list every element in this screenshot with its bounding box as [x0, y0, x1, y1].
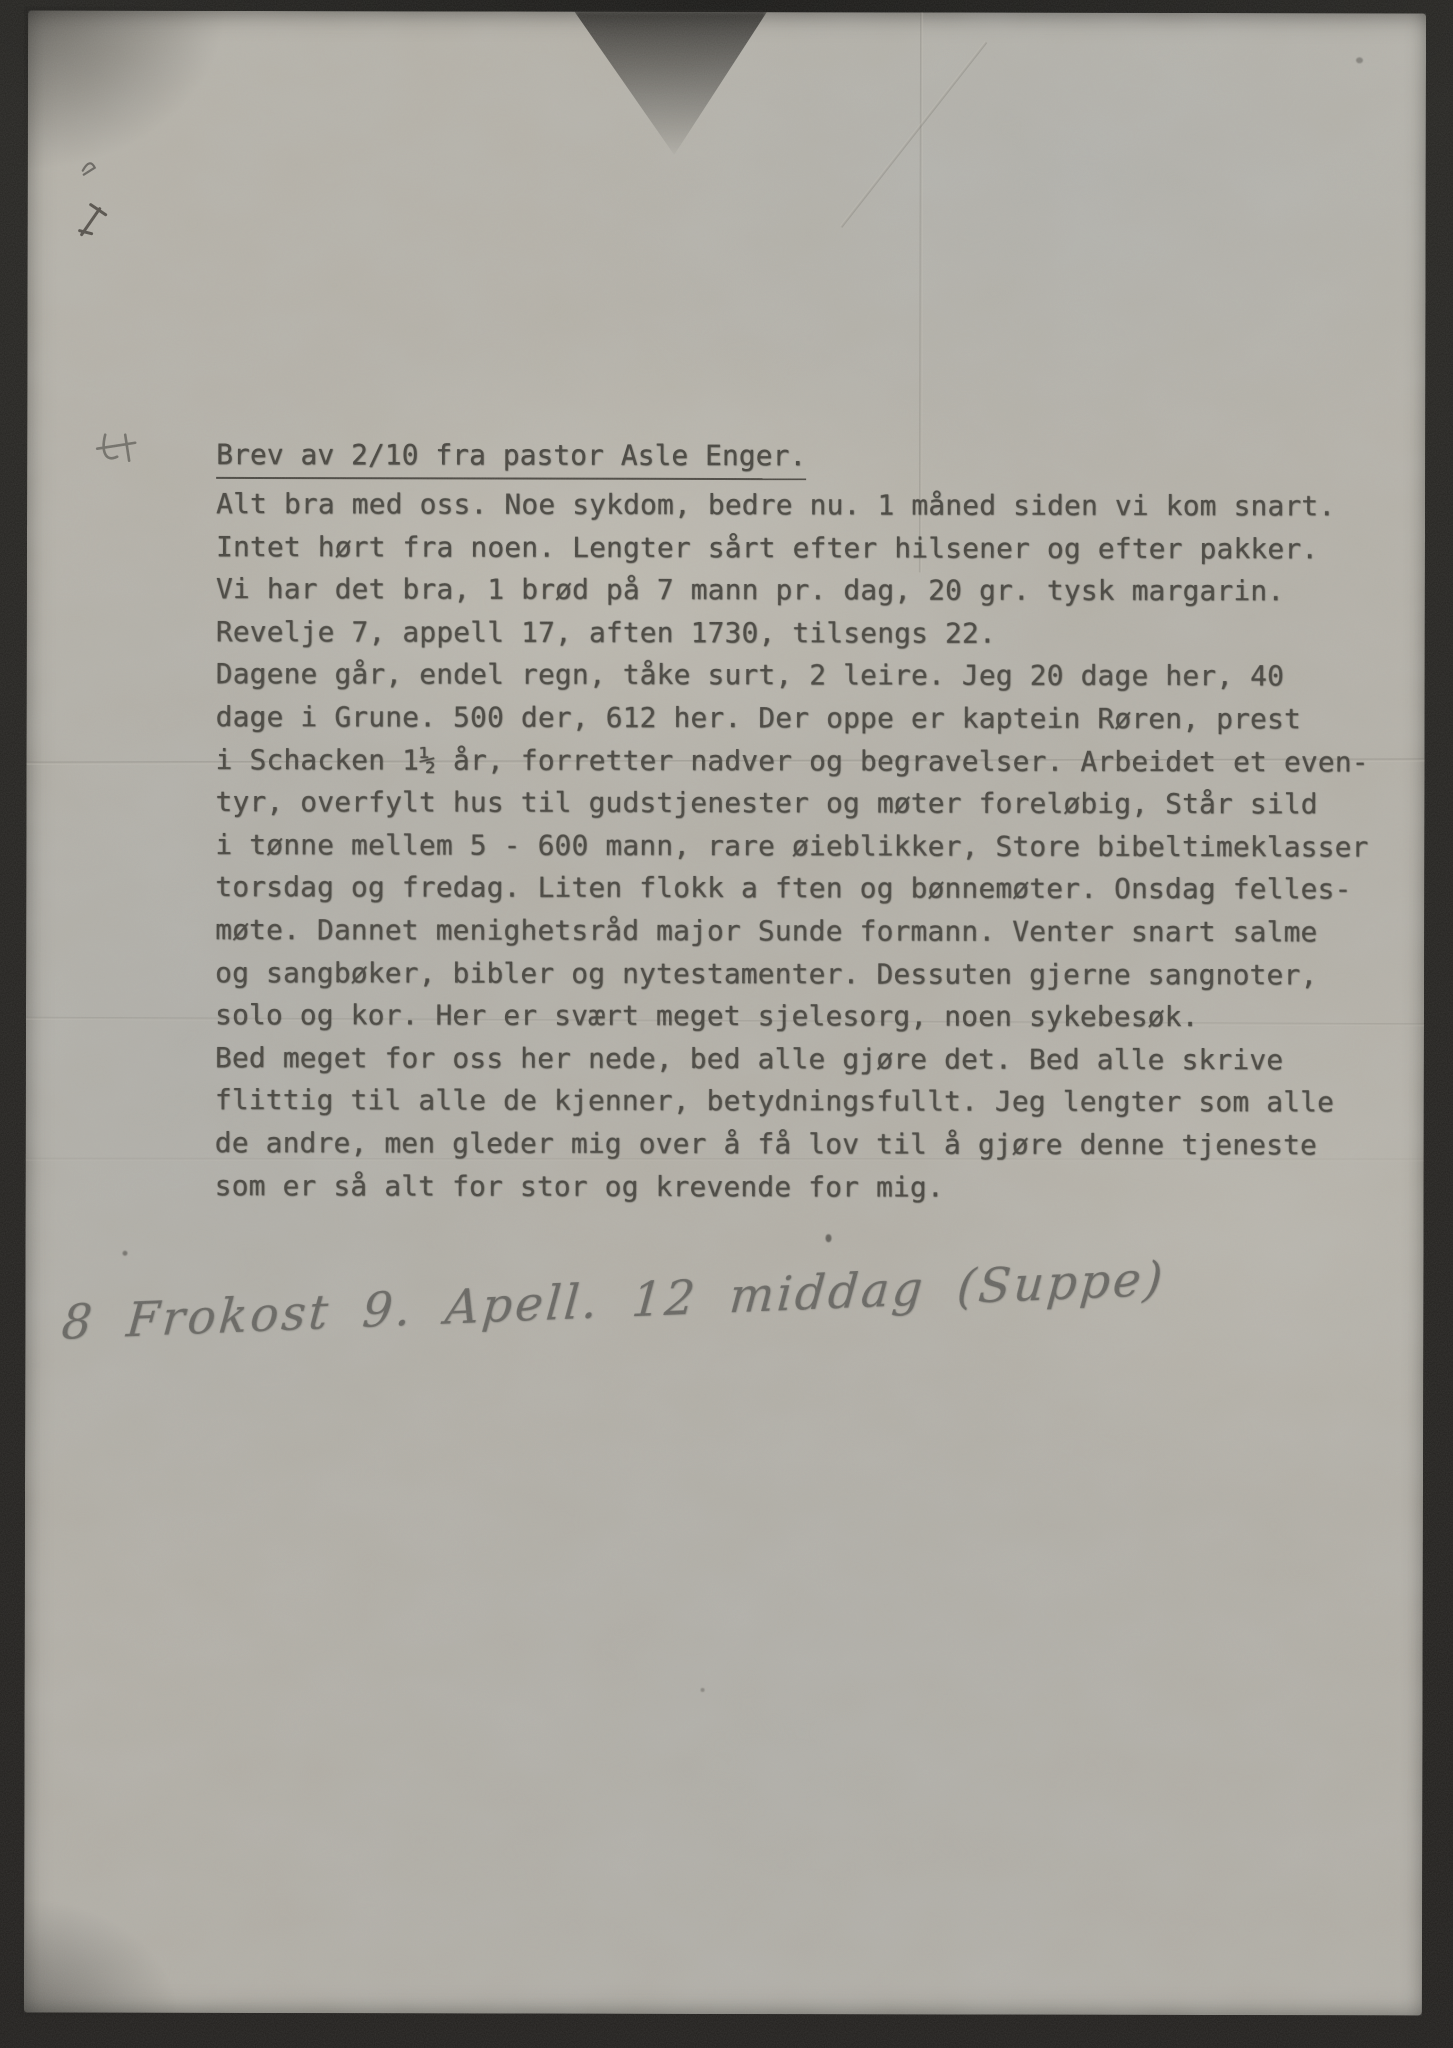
letter-line: møte. Dannet menighetsråd major Sunde fo…	[215, 909, 1368, 954]
letter-line: Revelje 7, appell 17, aften 1730, tilsen…	[216, 611, 1369, 656]
pencil-mark-upper-left	[78, 201, 112, 241]
fold-crease-diagonal	[840, 41, 987, 228]
letter-line: tyr, overfylt hus til gudstjenester og m…	[215, 781, 1368, 826]
corner-shadow-top-left	[24, 7, 234, 177]
ink-speck	[826, 1234, 832, 1242]
corner-shadow-bottom-left	[20, 1897, 180, 2017]
pencil-mark-left-margin	[95, 431, 143, 475]
fold-shadow-top-center	[573, 10, 768, 155]
letter-title: Brev av 2/10 fra pastor Asle Enger.	[216, 435, 1369, 481]
letter-line: og sangbøker, bibler og nytestamenter. D…	[215, 951, 1368, 996]
letter-line: i tønne mellem 5 - 600 mann, rare øiebli…	[215, 824, 1368, 869]
letter-line: torsdag og fredag. Liten flokk a ften og…	[215, 866, 1368, 911]
handwritten-note: 8 Frokost 9. Apell. 12 middag (Suppe)	[60, 1252, 1168, 1351]
letter-line: Bed meget for oss her nede, bed alle gjø…	[215, 1037, 1368, 1082]
letter-line: Vi har det bra, 1 brød på 7 mann pr. dag…	[216, 568, 1369, 613]
ink-speck	[122, 1251, 127, 1256]
letter-line: de andre, men gleder mig over å få lov t…	[215, 1122, 1368, 1167]
letter-page: Brev av 2/10 fra pastor Asle Enger. Alt …	[24, 11, 1426, 2016]
letter-line: dage i Grune. 500 der, 612 her. Der oppe…	[216, 696, 1369, 741]
letter-line: solo og kor. Her er svært meget sjelesor…	[215, 994, 1368, 1039]
typewritten-text-block: Brev av 2/10 fra pastor Asle Enger. Alt …	[215, 435, 1370, 1210]
letter-line: i Schacken 1½ år, forretter nadver og be…	[215, 738, 1368, 783]
letter-body: Alt bra med oss. Noe sykdom, bedre nu. 1…	[215, 483, 1370, 1210]
scan-background: Brev av 2/10 fra pastor Asle Enger. Alt …	[0, 0, 1453, 2048]
letter-line: flittig til alle de kjenner, betydningsf…	[215, 1079, 1368, 1124]
ink-speck	[1356, 57, 1363, 63]
letter-line: Alt bra med oss. Noe sykdom, bedre nu. 1…	[216, 483, 1369, 528]
letter-line: som er så alt for stor og krevende for m…	[215, 1164, 1368, 1209]
ink-speck	[701, 1688, 705, 1692]
letter-line: Intet hørt fra noen. Lengter sårt efter …	[216, 526, 1369, 571]
letter-line: Dagene går, endel regn, tåke surt, 2 lei…	[216, 653, 1369, 698]
